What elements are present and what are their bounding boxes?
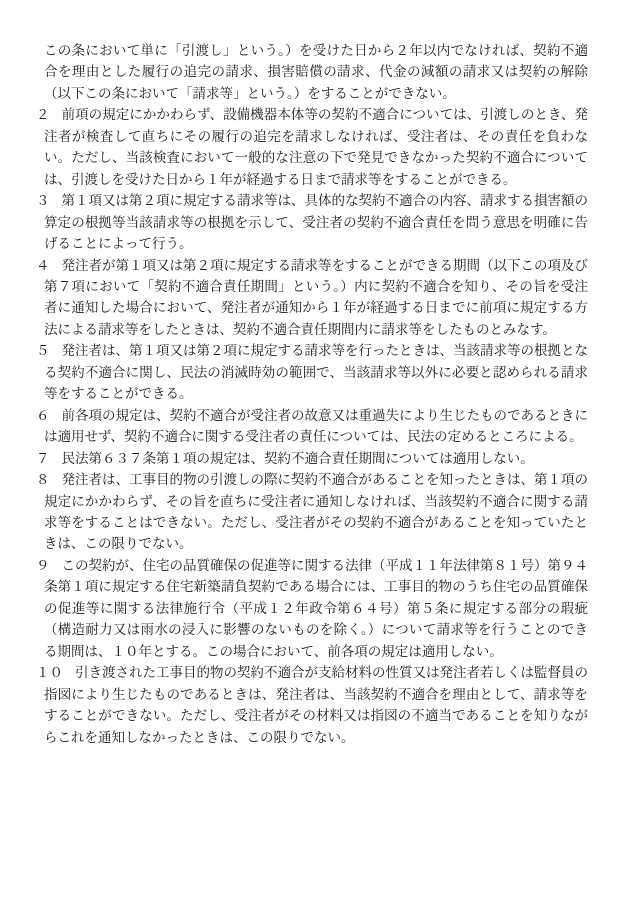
paragraph-text: 民法第６３７条第１項の規定は、契約不適合責任期間については適用しない。 <box>62 451 534 466</box>
paragraph-number: ４ <box>36 258 50 273</box>
paragraph-2: ２前項の規定にかかわらず、設備機器本体等の契約不適合については、引渡しのとき、発… <box>44 104 588 190</box>
paragraph-text: 引き渡された工事目的物の契約不適合が支給材料の性質又は発注者若しくは監督員の指図… <box>44 665 588 744</box>
paragraph-number: ３ <box>36 193 50 208</box>
paragraph-text: この契約が、住宅の品質確保の促進等に関する法律（平成１１年法律第８１号）第９４条… <box>44 558 588 659</box>
paragraph-1-continuation: この条において単に「引渡し」という。）を受けた日から２年以内でなければ、契約不適… <box>44 40 588 104</box>
paragraph-number: ２ <box>36 107 50 122</box>
paragraph-text: 前各項の規定は、契約不適合が受注者の故意又は重過失により生じたものであるときには… <box>44 408 588 444</box>
paragraph-5: ５発注者は、第１項又は第２項に規定する請求等を行ったときは、当該請求等の根拠とな… <box>44 340 588 404</box>
paragraph-text: 第１項又は第２項に規定する請求等は、具体的な契約不適合の内容、請求する損害額の算… <box>44 193 588 251</box>
document-page: この条において単に「引渡し」という。）を受けた日から２年以内でなければ、契約不適… <box>0 0 630 903</box>
paragraph-text: この条において単に「引渡し」という。）を受けた日から２年以内でなければ、契約不適… <box>44 43 588 101</box>
paragraph-text: 発注者が第１項又は第２項に規定する請求等をすることができる期間（以下この項及び第… <box>44 258 588 337</box>
paragraph-4: ４発注者が第１項又は第２項に規定する請求等をすることができる期間（以下この項及び… <box>44 255 588 341</box>
document-content: この条において単に「引渡し」という。）を受けた日から２年以内でなければ、契約不適… <box>44 40 588 748</box>
paragraph-number: ７ <box>36 451 50 466</box>
paragraph-text: 発注者は、工事目的物の引渡しの際に契約不適合があることを知ったときは、第１項の規… <box>44 472 588 551</box>
paragraph-number: ６ <box>36 408 50 423</box>
paragraph-number: ９ <box>36 558 50 573</box>
paragraph-3: ３第１項又は第２項に規定する請求等は、具体的な契約不適合の内容、請求する損害額の… <box>44 190 588 254</box>
paragraph-number: ８ <box>36 472 50 487</box>
paragraph-9: ９この契約が、住宅の品質確保の促進等に関する法律（平成１１年法律第８１号）第９４… <box>44 555 588 662</box>
paragraph-8: ８発注者は、工事目的物の引渡しの際に契約不適合があることを知ったときは、第１項の… <box>44 469 588 555</box>
paragraph-6: ６前各項の規定は、契約不適合が受注者の故意又は重過失により生じたものであるときに… <box>44 405 588 448</box>
paragraph-number: ５ <box>36 343 50 358</box>
paragraph-text: 発注者は、第１項又は第２項に規定する請求等を行ったときは、当該請求等の根拠となる… <box>44 343 588 401</box>
paragraph-text: 前項の規定にかかわらず、設備機器本体等の契約不適合については、引渡しのとき、発注… <box>44 107 588 186</box>
paragraph-number: １０ <box>36 665 63 680</box>
paragraph-7: ７民法第６３７条第１項の規定は、契約不適合責任期間については適用しない。 <box>44 448 588 469</box>
paragraph-10: １０引き渡された工事目的物の契約不適合が支給材料の性質又は発注者若しくは監督員の… <box>44 662 588 748</box>
